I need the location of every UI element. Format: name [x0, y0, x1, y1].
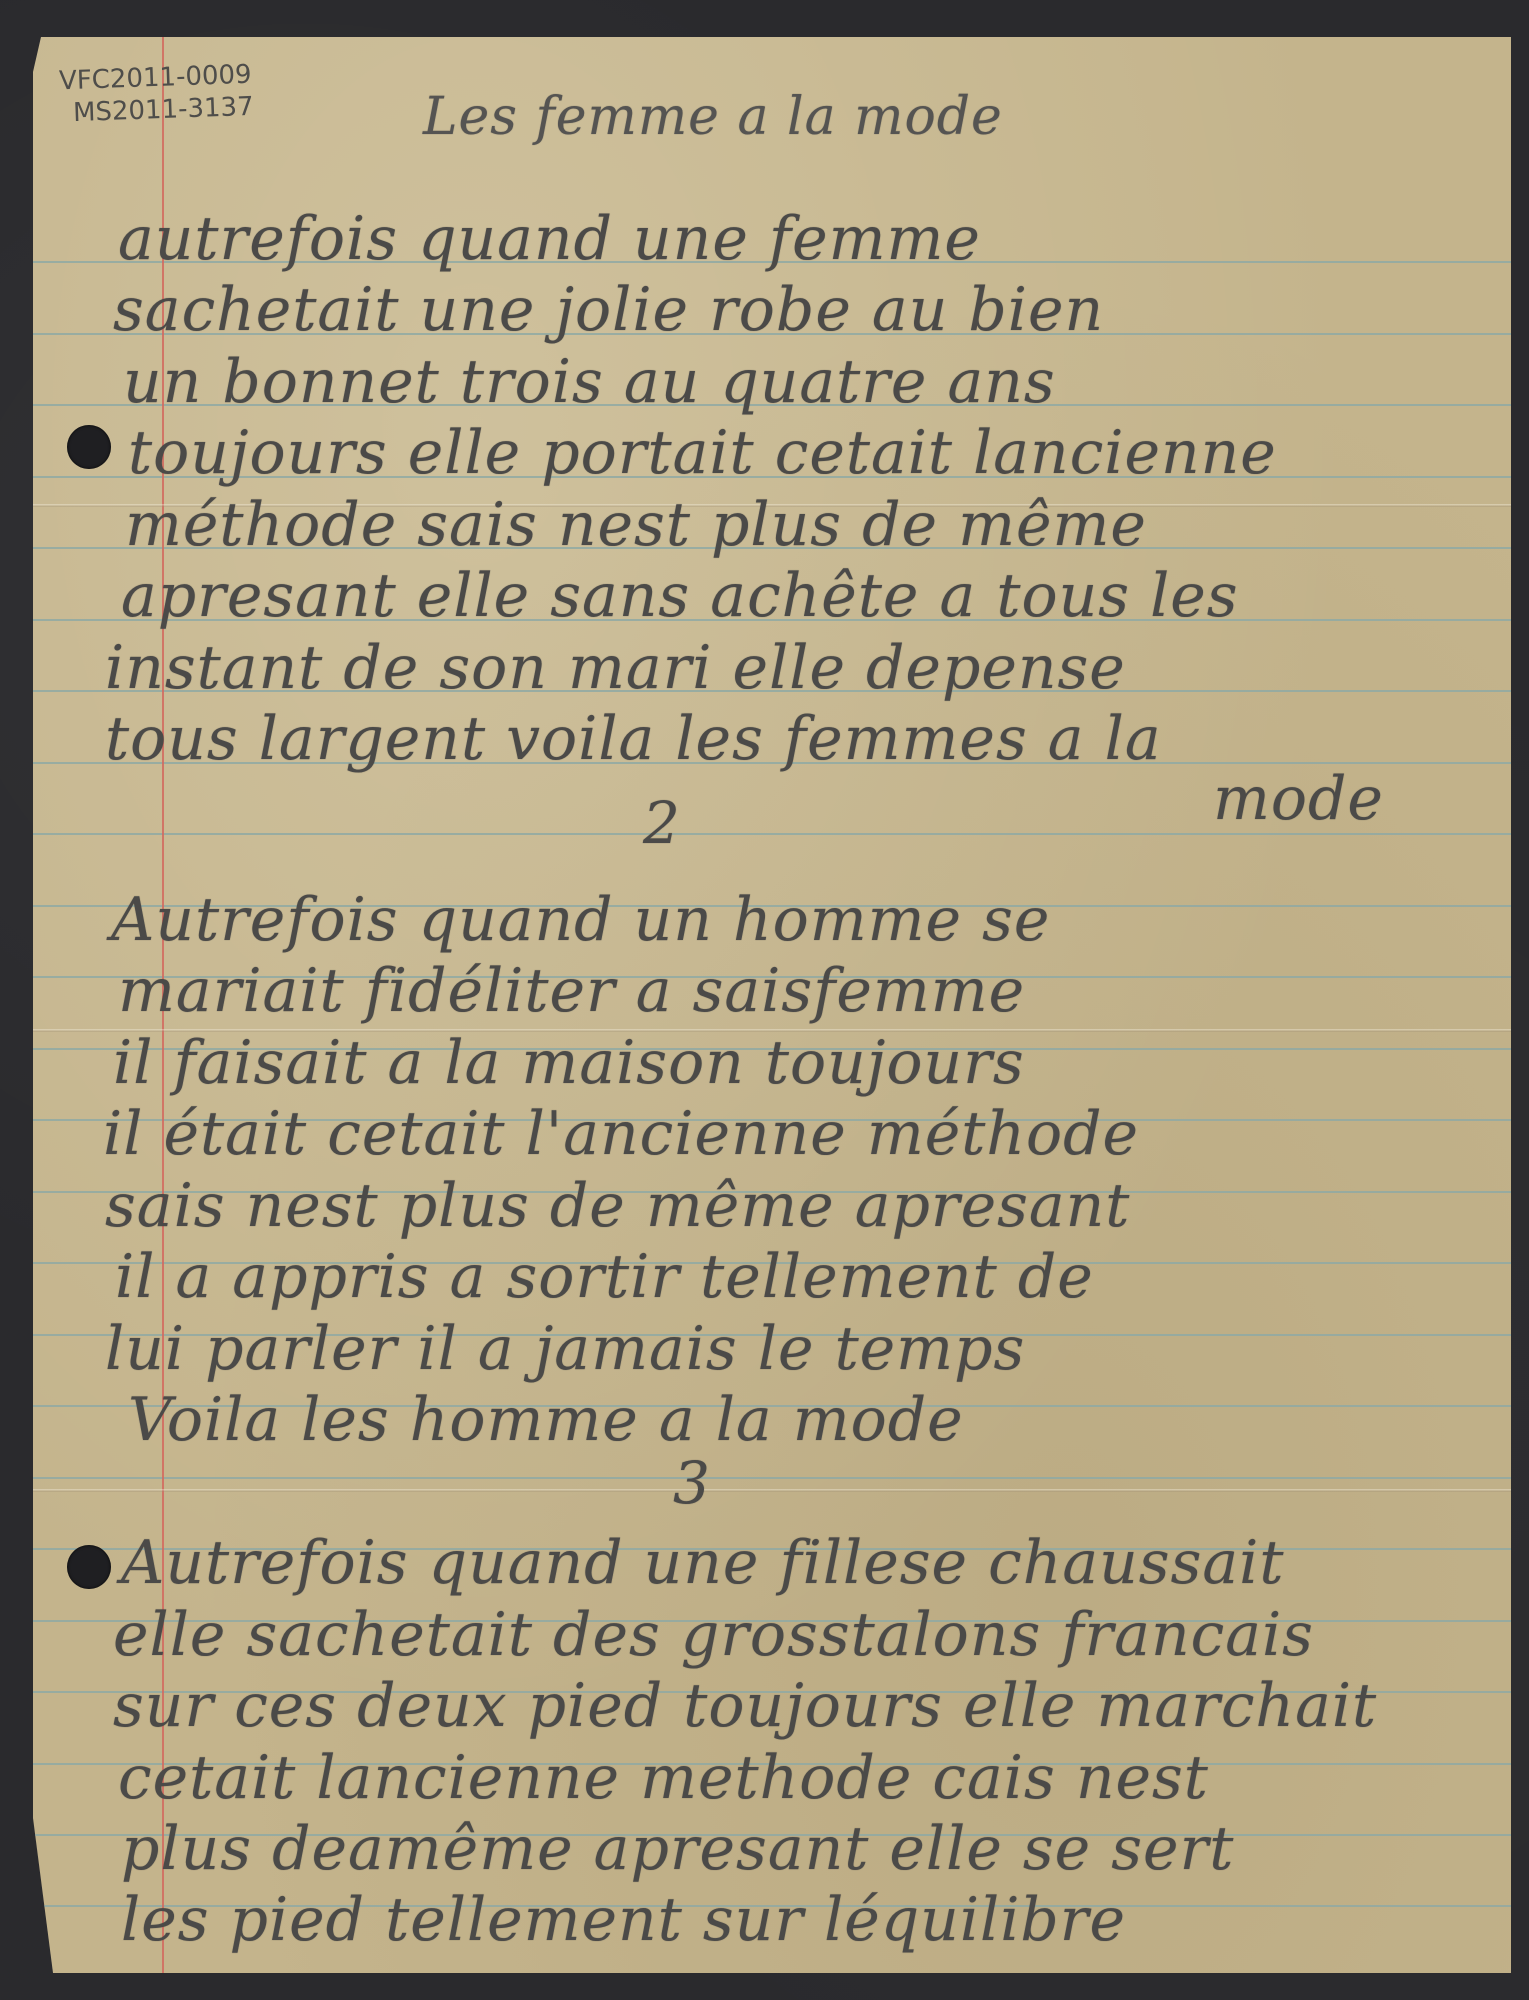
stanza-1-line: instant de son mari elle depense — [105, 638, 1126, 698]
stanza-1-line: apresant elle sans achête a tous les — [121, 566, 1239, 626]
stanza-2-line: il était cetait l'ancienne méthode — [103, 1104, 1139, 1164]
stanza-2-line: Autrefois quand un homme se — [111, 890, 1050, 950]
stanza-2-line: sais nest plus de même apresant — [105, 1176, 1130, 1236]
stanza-2-line: il faisait a la maison toujours — [113, 1033, 1025, 1093]
stanza-2-line: Voila les homme a la mode — [128, 1390, 964, 1450]
stanza-1-line: tous largent voila les femmes a la — [105, 709, 1162, 769]
fold-crease — [33, 1489, 1511, 1492]
stanza-1-line: toujours elle portait cetait lancienne — [128, 423, 1277, 483]
catalog-number-vfc: VFC2011-0009 — [59, 60, 253, 98]
punch-hole — [67, 1545, 111, 1589]
stanza-3-line: plus deamême apresant elle se sert — [121, 1819, 1234, 1879]
page-title: Les femme a la mode — [423, 87, 1003, 147]
stanza-1-line: autrefois quand une femme — [118, 209, 981, 269]
stanza-3-line: elle sachetait des grosstalons francais — [113, 1605, 1314, 1665]
lined-paper-sheet: VFC2011-0009 MS2011-3137 Les femme a la … — [33, 37, 1511, 1973]
stanza-3-line: cetait lancienne methode cais nest — [118, 1748, 1209, 1808]
catalog-number-ms: MS2011-3137 — [73, 92, 255, 129]
rule-line — [33, 1477, 1511, 1479]
stanza-number: 3 — [673, 1449, 711, 1517]
stanza-3-line: sur ces deux pied toujours elle marchait — [113, 1676, 1377, 1736]
stanza-2-line: il a appris a sortir tellement de — [115, 1247, 1094, 1307]
stanza-1-line: un bonnet trois au quatre ans — [123, 352, 1056, 412]
stanza-1-line: mode — [1213, 769, 1384, 829]
punch-hole — [67, 425, 111, 469]
stanza-2-line: mariait fidéliter a saisfemme — [118, 961, 1025, 1021]
stanza-2-line: lui parler il a jamais le temps — [105, 1319, 1025, 1379]
stanza-1-line: sachetait une jolie robe au bien — [113, 280, 1104, 340]
stanza-3-line: Autrefois quand une fillese chaussait — [121, 1533, 1284, 1593]
stanza-number: 2 — [643, 789, 681, 857]
stanza-1-line: méthode sais nest plus de même — [125, 495, 1147, 555]
stanza-3-line: les pied tellement sur léquilibre — [121, 1890, 1126, 1950]
